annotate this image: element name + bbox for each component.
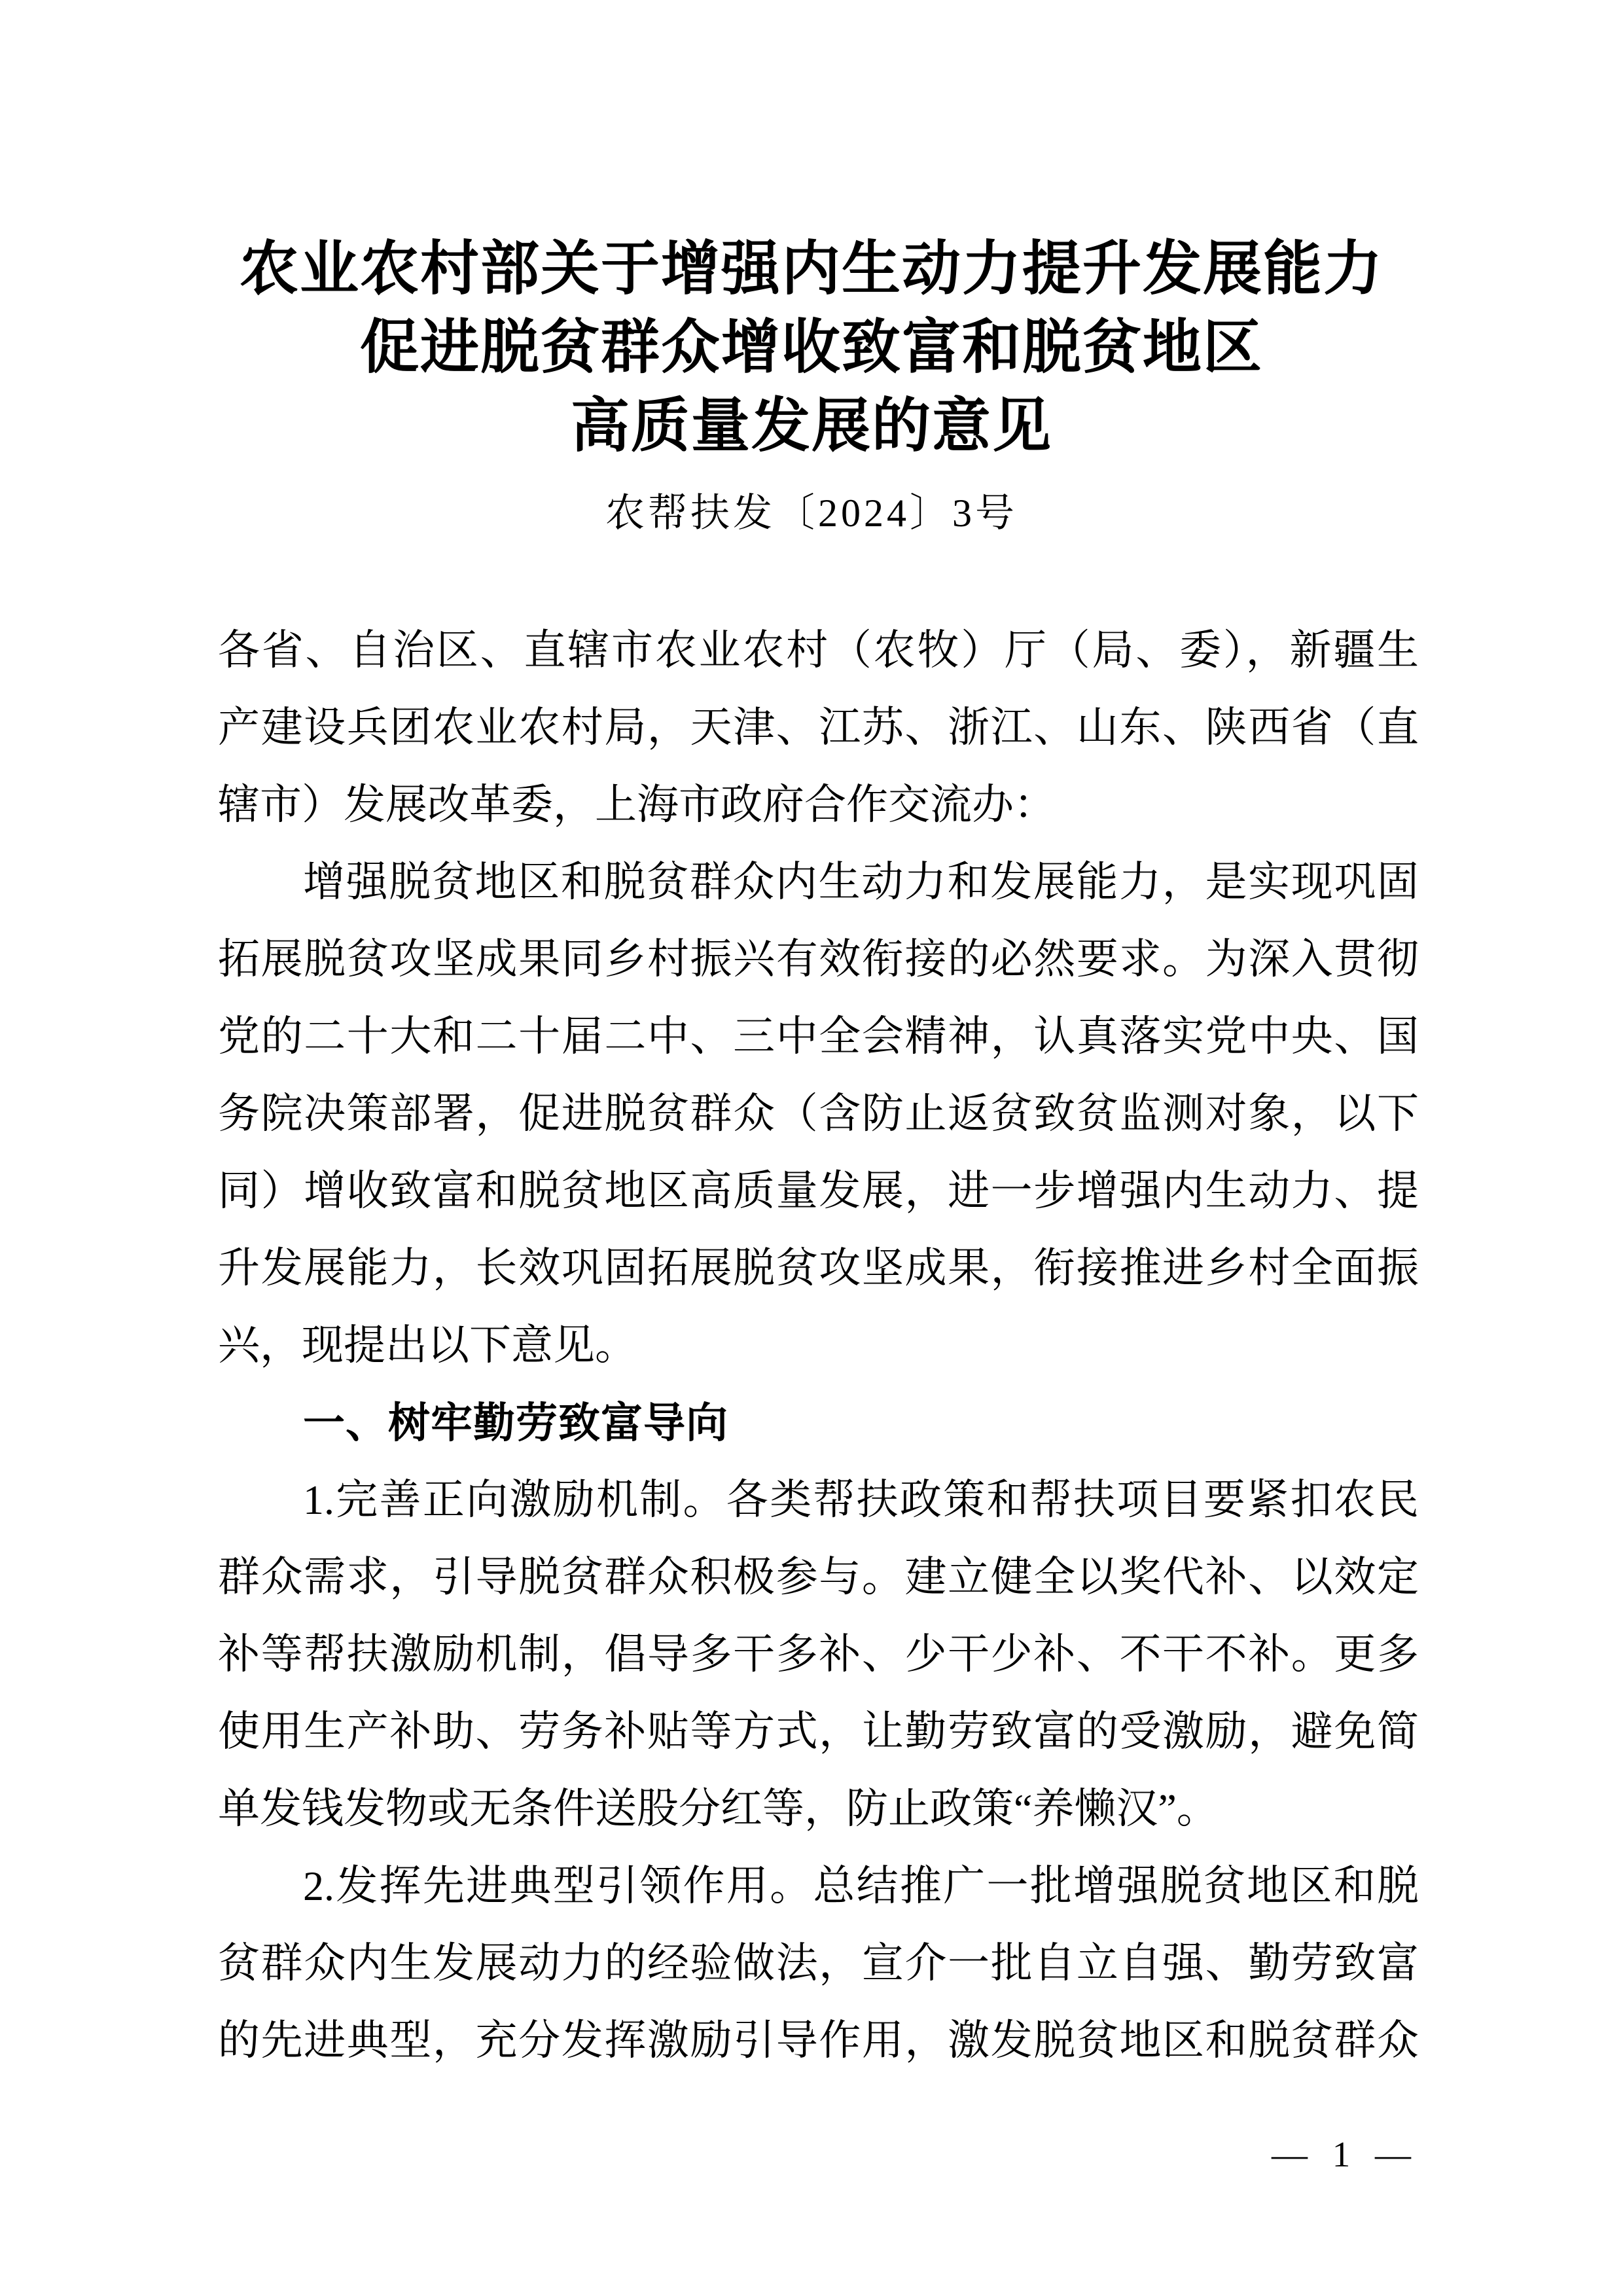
body-line: 2.发挥先进典型引领作用。总结推广一批增强脱贫地区和脱: [218, 1848, 1419, 1925]
body-line: 各省、自治区、直辖市农业农村（农牧）厅（局、委），新疆生: [218, 612, 1419, 689]
body-line: 增强脱贫地区和脱贫群众内生动力和发展能力，是实现巩固: [218, 844, 1419, 921]
body-line: 辖市）发展改革委，上海市政府合作交流办：: [218, 766, 1419, 844]
body-line: 党的二十大和二十届二中、三中全会精神，认真落实党中央、国: [218, 998, 1419, 1075]
body-line: 产建设兵团农业农村局，天津、江苏、浙江、山东、陕西省（直: [218, 689, 1419, 766]
page-number: — 1 —: [218, 2135, 1419, 2174]
body-line: 补等帮扶激励机制，倡导多干多补、少干少补、不干不补。更多: [218, 1616, 1419, 1693]
body-line: 务院决策部署，促进脱贫群众（含防止返贫致贫监测对象，以下: [218, 1075, 1419, 1153]
body-line: 升发展能力，长效巩固拓展脱贫攻坚成果，衔接推进乡村全面振: [218, 1230, 1419, 1307]
title-line-1: 农业农村部关于增强内生动力提升发展能力: [0, 230, 1623, 309]
document-page: 农业农村部关于增强内生动力提升发展能力 促进脱贫群众增收致富和脱贫地区 高质量发…: [0, 0, 1623, 2296]
body-line: 贫群众内生发展动力的经验做法，宣介一批自立自强、勤劳致富: [218, 1925, 1419, 2002]
section-heading: 一、树牢勤劳致富导向: [218, 1384, 1419, 1462]
body-line: 拓展脱贫攻坚成果同乡村振兴有效衔接的必然要求。为深入贯彻: [218, 921, 1419, 998]
body-line: 同）增收致富和脱贫地区高质量发展，进一步增强内生动力、提: [218, 1153, 1419, 1230]
document-number: 农帮扶发〔2024〕3号: [0, 490, 1623, 537]
body-line: 群众需求，引导脱贫群众积极参与。建立健全以奖代补、以效定: [218, 1539, 1419, 1616]
title-line-2: 促进脱贫群众增收致富和脱贫地区: [0, 309, 1623, 387]
document-title: 农业农村部关于增强内生动力提升发展能力 促进脱贫群众增收致富和脱贫地区 高质量发…: [0, 230, 1623, 466]
body-line: 单发钱发物或无条件送股分红等，防止政策“养懒汉”。: [218, 1770, 1419, 1848]
body-line: 的先进典型，充分发挥激励引导作用，激发脱贫地区和脱贫群众: [218, 2002, 1419, 2079]
title-line-3: 高质量发展的意见: [0, 387, 1623, 466]
body-line: 使用生产补助、劳务补贴等方式，让勤劳致富的受激励，避免简: [218, 1693, 1419, 1770]
body-text: 各省、自治区、直辖市农业农村（农牧）厅（局、委），新疆生产建设兵团农业农村局，天…: [218, 612, 1419, 2079]
body-line: 兴，现提出以下意见。: [218, 1307, 1419, 1384]
body-line: 1.完善正向激励机制。各类帮扶政策和帮扶项目要紧扣农民: [218, 1462, 1419, 1539]
